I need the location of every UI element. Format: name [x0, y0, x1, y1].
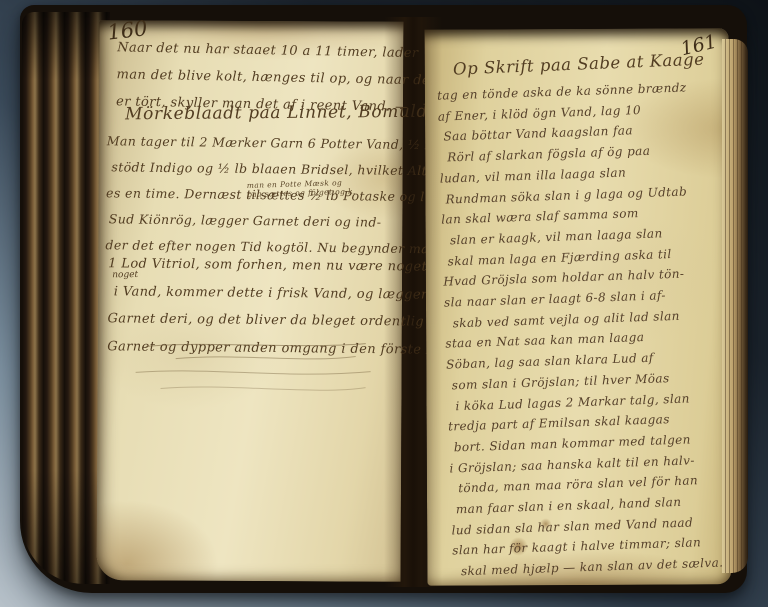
right-body-paragraph: tag en tönde aska de ka sönne brændz af … [437, 76, 743, 582]
manuscript-line: Garnet deri, og det bliver da bleget ord… [107, 305, 399, 336]
left-page-heading: Mörkeblaadt paa Linnet, Bomuld og Uld [125, 102, 401, 124]
manuscript-line: Sud Kiönrög, lægger Garnet deri og ind- [106, 206, 400, 236]
manuscript-line: Man tager til 2 Mærker Garn 6 Potter Van… [107, 128, 401, 158]
pen-flourish-lines [115, 338, 383, 409]
right-page: 161 Op Skrift paa Sabe at Kaage tag en t… [425, 28, 732, 586]
manuscript-photo: 160 Naar det nu har staaet 10 a 11 timer… [0, 0, 768, 607]
manuscript-line: 1 Lod Vitriol, som forhen, men nu være n… [108, 250, 400, 281]
left-page: 160 Naar det nu har staaet 10 a 11 timer… [97, 20, 404, 582]
right-page-heading: Op Skrift paa Sabe at Kaage [453, 49, 718, 79]
right-page-edge-stack [722, 39, 748, 573]
open-book: 160 Naar det nu har staaet 10 a 11 timer… [20, 5, 747, 593]
manuscript-line: i Vand, kommer dette i frisk Vand, og læ… [108, 278, 400, 309]
